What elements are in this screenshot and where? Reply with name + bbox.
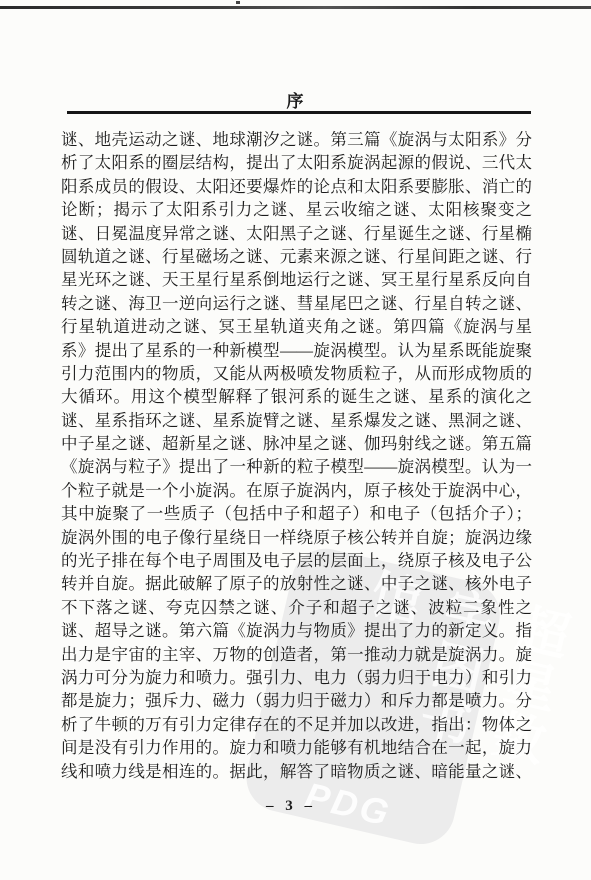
text-line: 出力是宇宙的主宰、万物的创造者，第一推动力就是旋涡力。旋 [61,643,532,666]
scan-top-edge-artifact [0,6,591,9]
text-line: 系》提出了星系的一种新模型——旋涡模型。认为星系既能旋聚 [61,339,532,362]
text-line: 间是没有引力作用的。旋力和喷力能够有机地结合在一起，旋力 [61,736,532,759]
text-line: 不下落之谜、夸克囚禁之谜、介子和超子之谜、波粒二象性之 [61,596,532,619]
text-line: 析了太阳系的圈层结构，提出了太阳系旋涡起源的假说、三代太 [61,151,532,174]
page-title: 序 [0,87,591,112]
text-line: 其中旋聚了一些质子（包括中子和超子）和电子（包括介子）； [61,502,532,525]
page-number: – 3 – [0,798,582,815]
text-line: 论断；揭示了太阳系引力之谜、星云收缩之谜、太阳核聚变之 [61,198,532,221]
text-line: 旋涡外围的电子像行星绕日一样绕原子核公转并自旋；旋涡边缘 [61,526,532,549]
text-line: 星光环之谜、天王星行星系倒地运行之谜、冥王星行星系反向自 [61,268,532,291]
text-line: 圆轨道之谜、行星磁场之谜、元素来源之谜、行星间距之谜、行 [61,245,532,268]
text-line: 行星轨道进动之谜、冥王星轨道夹角之谜。第四篇《旋涡与星 [61,315,532,338]
text-line: 转并自旋。据此破解了原子的放射性之谜、中子之谜、核外电子 [61,572,532,595]
text-line: 《旋涡与粒子》提出了一种新的粒子模型——旋涡模型。认为一 [61,455,532,478]
scanned-book-page: 序 超星数字图书馆 PDG 谜、地壳运动之谜、地球潮汐之谜。第三篇《旋涡与太阳系… [0,0,591,880]
text-line: 的光子排在每个电子周围及电子层的层面上，绕原子核及电子公 [61,549,532,572]
text-line: 阳系成员的假设、太阳还要爆炸的论点和太阳系要膨胀、消亡的 [61,175,532,198]
text-line: 涡力可分为旋力和喷力。强引力、电力（弱力归于电力）和引力 [61,666,532,689]
text-line: 引力范围内的物质，又能从两极喷发物质粒子，从而形成物质的 [61,362,532,385]
text-line: 转之谜、海卫一逆向运行之谜、彗星尾巴之谜、行星自转之谜、 [61,292,532,315]
body-text: 谜、地壳运动之谜、地球潮汐之谜。第三篇《旋涡与太阳系》分析了太阳系的圈层结构，提… [61,128,532,783]
text-line: 谜、超导之谜。第六篇《旋涡力与物质》提出了力的新定义。指 [61,619,532,642]
text-line: 个粒子就是一个小旋涡。在原子旋涡内，原子核处于旋涡中心， [61,479,532,502]
text-line: 中子星之谜、超新星之谜、脉冲星之谜、伽玛射线之谜。第五篇 [61,432,532,455]
header-divider-rule [67,111,531,114]
text-line: 都是旋力；强斥力、磁力（弱力归于磁力）和斥力都是喷力。分 [61,689,532,712]
text-line: 谜、星系指环之谜、星系旋臂之谜、星系爆发之谜、黑洞之谜、 [61,409,532,432]
text-line: 谜、日冕温度异常之谜、太阳黑子之谜、行星诞生之谜、行星椭 [61,222,532,245]
text-line: 析了牛顿的万有引力定律存在的不足并加以改进，指出：物体之 [61,713,532,736]
text-line: 谜、地壳运动之谜、地球潮汐之谜。第三篇《旋涡与太阳系》分 [61,128,532,151]
text-line: 线和喷力线是相连的。据此，解答了暗物质之谜、暗能量之谜、 [61,760,532,783]
scan-speck-artifact [236,1,240,4]
text-line: 大循环。用这个模型解释了银河系的诞生之谜、星系的演化之 [61,385,532,408]
